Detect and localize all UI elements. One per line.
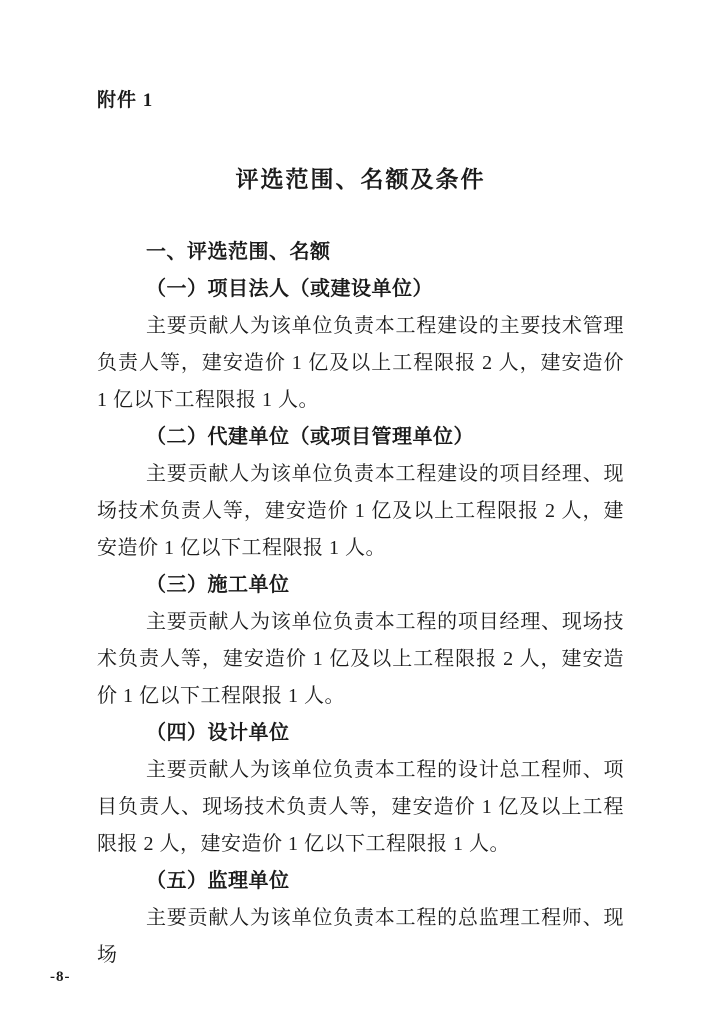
page-title: 评选范围、名额及条件 [97, 164, 624, 196]
subheading-project-legal-person: （一）项目法人（或建设单位） [97, 271, 624, 308]
page-number: -8- [50, 969, 71, 986]
paragraph-supervision-unit: 主要贡献人为该单位负责本工程的总监理工程师、现场 [97, 900, 624, 974]
paragraph-agent-construction-unit: 主要贡献人为该单位负责本工程建设的项目经理、现场技术负责人等，建安造价 1 亿及… [97, 456, 624, 567]
subheading-design-unit: （四）设计单位 [97, 715, 624, 752]
paragraph-construction-unit: 主要贡献人为该单位负责本工程的项目经理、现场技术负责人等，建安造价 1 亿及以上… [97, 604, 624, 715]
subheading-agent-construction-unit: （二）代建单位（或项目管理单位） [97, 419, 624, 456]
subheading-supervision-unit: （五）监理单位 [97, 863, 624, 900]
section-heading: 一、评选范围、名额 [97, 234, 624, 271]
paragraph-design-unit: 主要贡献人为该单位负责本工程的设计总工程师、项目负责人、现场技术负责人等，建安造… [97, 752, 624, 863]
paragraph-project-legal-person: 主要贡献人为该单位负责本工程建设的主要技术管理负责人等，建安造价 1 亿及以上工… [97, 308, 624, 419]
subheading-construction-unit: （三）施工单位 [97, 567, 624, 604]
attachment-label: 附件 1 [97, 88, 624, 114]
document-page: 附件 1 评选范围、名额及条件 一、评选范围、名额 （一）项目法人（或建设单位）… [0, 0, 724, 1024]
